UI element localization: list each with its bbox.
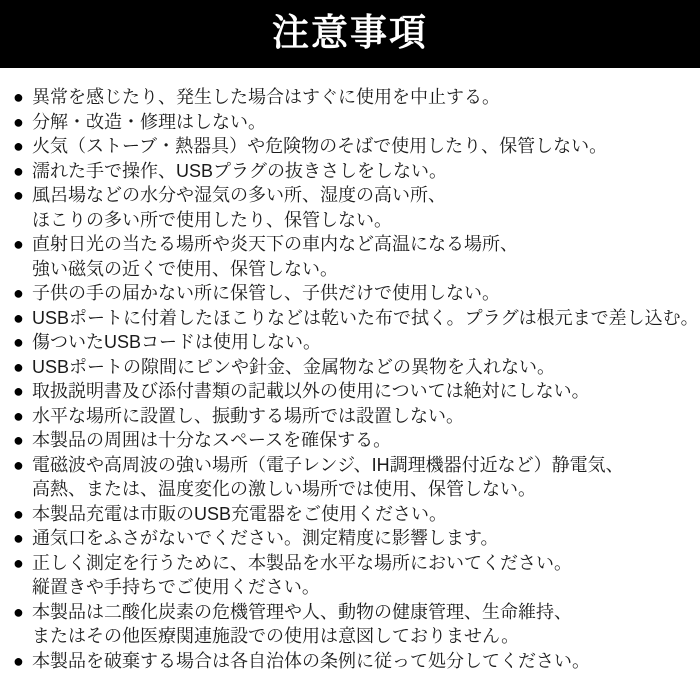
- notice-text: 分解・改造・修理はしない。: [32, 112, 266, 132]
- notice-item: ●正しく測定を行うために、本製品を水平な場所においてください。縦置きや手持ちでご…: [13, 551, 696, 600]
- notice-line: ●USBポートの隙間にピンや針金、金属物などの異物を入れない。: [13, 355, 696, 380]
- bullet-icon: ●: [13, 551, 32, 576]
- notice-item: ●本製品は二酸化炭素の危機管理や人、動物の健康管理、生命維持、またはその他医療関…: [13, 600, 696, 649]
- notice-text: 火気（ストーブ・熱器具）や危険物のそばで使用したり、保管しない。: [32, 136, 607, 156]
- notice-item: ●本製品を破棄する場合は各自治体の条例に従って処分してください。: [13, 649, 696, 674]
- bullet-icon: ●: [13, 502, 32, 527]
- notice-text: 濡れた手で操作、USBプラグの抜きさしをしない。: [32, 161, 447, 181]
- bullet-icon: ●: [13, 232, 32, 257]
- notice-text: 本製品を破棄する場合は各自治体の条例に従って処分してください。: [32, 651, 590, 671]
- bullet-icon: ●: [13, 110, 32, 135]
- bullet-icon: ●: [13, 600, 32, 625]
- notice-item: ●水平な場所に設置し、振動する場所では設置しない。: [13, 404, 696, 429]
- notice-item: ●電磁波や高周波の強い場所（電子レンジ、IH調理機器付近など）静電気、高熱、また…: [13, 453, 696, 502]
- bullet-icon: ●: [13, 281, 32, 306]
- notice-item: ●風呂場などの水分や湿気の多い所、湿度の高い所、ほこりの多い所で使用したり、保管…: [13, 183, 696, 232]
- notice-text: 水平な場所に設置し、振動する場所では設置しない。: [32, 406, 464, 426]
- notice-text: 異常を感じたり、発生した場合はすぐに使用を中止する。: [32, 87, 500, 107]
- bullet-icon: ●: [13, 159, 32, 184]
- bullet-icon: ●: [13, 183, 32, 208]
- notice-item: ●火気（ストーブ・熱器具）や危険物のそばで使用したり、保管しない。: [13, 134, 696, 159]
- notice-line: ●通気口をふさがないでください。測定精度に影響します。: [13, 526, 696, 551]
- notice-line: ●本製品充電は市販のUSB充電器をご使用ください。: [13, 502, 696, 527]
- notice-text: 電磁波や高周波の強い場所（電子レンジ、IH調理機器付近など）静電気、: [32, 455, 624, 475]
- notice-text: 縦置きや手持ちでご使用ください。: [32, 577, 320, 597]
- notice-line: ●USBポートに付着したほこりなどは乾いた布で拭く。プラグは根元まで差し込む。: [13, 306, 696, 331]
- notice-text: 高熱、または、温度変化の激しい場所では使用、保管しない。: [32, 479, 536, 499]
- notice-line: ●取扱説明書及び添付書類の記載以外の使用については絶対にしない。: [13, 379, 696, 404]
- bullet-icon: ●: [13, 649, 32, 674]
- notice-text: 通気口をふさがないでください。測定精度に影響します。: [32, 528, 499, 548]
- notice-line-continuation: 縦置きや手持ちでご使用ください。: [13, 575, 696, 600]
- bullet-icon: ●: [13, 306, 32, 331]
- notice-item: ●通気口をふさがないでください。測定精度に影響します。: [13, 526, 696, 551]
- notice-line: ●直射日光の当たる場所や炎天下の車内など高温になる場所、: [13, 232, 696, 257]
- notice-text: 本製品充電は市販のUSB充電器をご使用ください。: [32, 504, 447, 524]
- notice-line: ●濡れた手で操作、USBプラグの抜きさしをしない。: [13, 159, 696, 184]
- bullet-icon: ●: [13, 526, 32, 551]
- notice-line: ●本製品は二酸化炭素の危機管理や人、動物の健康管理、生命維持、: [13, 600, 696, 625]
- notice-list: ●異常を感じたり、発生した場合はすぐに使用を中止する。●分解・改造・修理はしない…: [0, 68, 700, 673]
- bullet-icon: ●: [13, 404, 32, 429]
- notice-item: ●子供の手の届かない所に保管し、子供だけで使用しない。: [13, 281, 696, 306]
- notice-text: 強い磁気の近くで使用、保管しない。: [32, 259, 338, 279]
- header-banner: 注意事項: [0, 0, 700, 68]
- notice-item: ●USBポートに付着したほこりなどは乾いた布で拭く。プラグは根元まで差し込む。: [13, 306, 696, 331]
- notice-line-continuation: またはその他医療関連施設での使用は意図しておりません。: [13, 624, 696, 649]
- bullet-icon: ●: [13, 453, 32, 478]
- notice-item: ●本製品充電は市販のUSB充電器をご使用ください。: [13, 502, 696, 527]
- notice-text: 子供の手の届かない所に保管し、子供だけで使用しない。: [32, 283, 500, 303]
- bullet-icon: ●: [13, 134, 32, 159]
- notice-text: ほこりの多い所で使用したり、保管しない。: [32, 210, 392, 230]
- notice-text: 本製品の周囲は十分なスペースを確保する。: [32, 430, 391, 450]
- notice-text: 正しく測定を行うために、本製品を水平な場所においてください。: [32, 553, 572, 573]
- notice-line-continuation: 強い磁気の近くで使用、保管しない。: [13, 257, 696, 282]
- notice-item: ●傷ついたUSBコードは使用しない。: [13, 330, 696, 355]
- notice-line: ●風呂場などの水分や湿気の多い所、湿度の高い所、: [13, 183, 696, 208]
- notice-item: ●異常を感じたり、発生した場合はすぐに使用を中止する。: [13, 85, 696, 110]
- page-title: 注意事項: [272, 14, 428, 55]
- notice-line: ●正しく測定を行うために、本製品を水平な場所においてください。: [13, 551, 696, 576]
- notice-line: ●傷ついたUSBコードは使用しない。: [13, 330, 696, 355]
- notice-line: ●火気（ストーブ・熱器具）や危険物のそばで使用したり、保管しない。: [13, 134, 696, 159]
- notice-text: 風呂場などの水分や湿気の多い所、湿度の高い所、: [32, 185, 446, 205]
- notice-item: ●USBポートの隙間にピンや針金、金属物などの異物を入れない。: [13, 355, 696, 380]
- notice-line: ●電磁波や高周波の強い場所（電子レンジ、IH調理機器付近など）静電気、: [13, 453, 696, 478]
- notice-item: ●分解・改造・修理はしない。: [13, 110, 696, 135]
- bullet-icon: ●: [13, 85, 32, 110]
- notice-text: 直射日光の当たる場所や炎天下の車内など高温になる場所、: [32, 234, 518, 254]
- notice-item: ●取扱説明書及び添付書類の記載以外の使用については絶対にしない。: [13, 379, 696, 404]
- notice-text: 傷ついたUSBコードは使用しない。: [32, 332, 321, 352]
- notice-line: ●本製品の周囲は十分なスペースを確保する。: [13, 428, 696, 453]
- notice-line: ●分解・改造・修理はしない。: [13, 110, 696, 135]
- bullet-icon: ●: [13, 330, 32, 355]
- bullet-icon: ●: [13, 355, 32, 380]
- notice-item: ●本製品の周囲は十分なスペースを確保する。: [13, 428, 696, 453]
- notice-text: 本製品は二酸化炭素の危機管理や人、動物の健康管理、生命維持、: [32, 602, 572, 622]
- notice-line-continuation: 高熱、または、温度変化の激しい場所では使用、保管しない。: [13, 477, 696, 502]
- notice-text: またはその他医療関連施設での使用は意図しておりません。: [32, 626, 519, 646]
- bullet-icon: ●: [13, 379, 32, 404]
- notice-text: 取扱説明書及び添付書類の記載以外の使用については絶対にしない。: [32, 381, 590, 401]
- notice-line: ●本製品を破棄する場合は各自治体の条例に従って処分してください。: [13, 649, 696, 674]
- notice-line: ●子供の手の届かない所に保管し、子供だけで使用しない。: [13, 281, 696, 306]
- notice-item: ●濡れた手で操作、USBプラグの抜きさしをしない。: [13, 159, 696, 184]
- notice-text: USBポートに付着したほこりなどは乾いた布で拭く。プラグは根元まで差し込む。: [32, 308, 699, 328]
- notice-line: ●異常を感じたり、発生した場合はすぐに使用を中止する。: [13, 85, 696, 110]
- notice-line: ●水平な場所に設置し、振動する場所では設置しない。: [13, 404, 696, 429]
- notice-line-continuation: ほこりの多い所で使用したり、保管しない。: [13, 208, 696, 233]
- notice-item: ●直射日光の当たる場所や炎天下の車内など高温になる場所、強い磁気の近くで使用、保…: [13, 232, 696, 281]
- bullet-icon: ●: [13, 428, 32, 453]
- notice-text: USBポートの隙間にピンや針金、金属物などの異物を入れない。: [32, 357, 555, 377]
